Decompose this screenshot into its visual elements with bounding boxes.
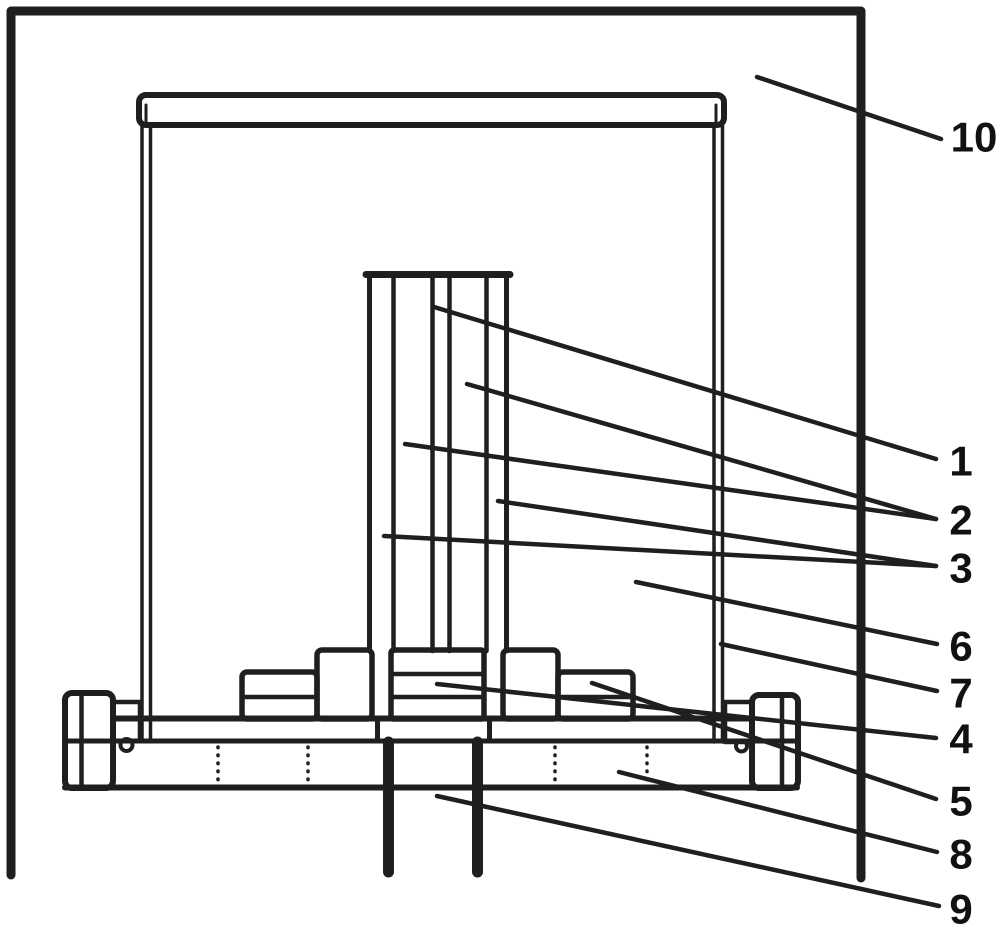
shoulder-block-left bbox=[317, 650, 372, 719]
leader-line-10 bbox=[757, 77, 941, 139]
callout-label-9: 9 bbox=[949, 886, 972, 930]
callout-label-3: 3 bbox=[949, 545, 972, 592]
figure-canvas: 10123674589 bbox=[0, 0, 1000, 930]
patent-drawing: 10123674589 bbox=[0, 0, 1000, 930]
leader-line-2-1 bbox=[467, 384, 936, 519]
leader-line-7 bbox=[721, 644, 937, 691]
callout-label-7: 7 bbox=[949, 670, 972, 717]
leader-line-3-2 bbox=[384, 536, 936, 566]
center-column bbox=[366, 275, 510, 652]
seal-bump-right bbox=[736, 741, 747, 752]
drive-shaft bbox=[389, 742, 478, 872]
leader-line-6 bbox=[636, 582, 937, 644]
container-lid bbox=[139, 95, 724, 125]
outer-frame bbox=[11, 11, 861, 878]
drawing-root: 10123674589 bbox=[11, 11, 997, 930]
callout-label-6: 6 bbox=[949, 623, 972, 670]
base-assembly bbox=[65, 650, 798, 788]
callout-label-10: 10 bbox=[951, 114, 998, 161]
shoulder-block-right bbox=[503, 650, 558, 719]
callout-label-1: 1 bbox=[949, 438, 972, 485]
callout-label-8: 8 bbox=[949, 831, 972, 878]
callout-label-5: 5 bbox=[949, 778, 972, 825]
seal-bump-left bbox=[121, 739, 133, 751]
callout-label-4: 4 bbox=[949, 716, 973, 763]
callout-label-2: 2 bbox=[949, 497, 972, 544]
